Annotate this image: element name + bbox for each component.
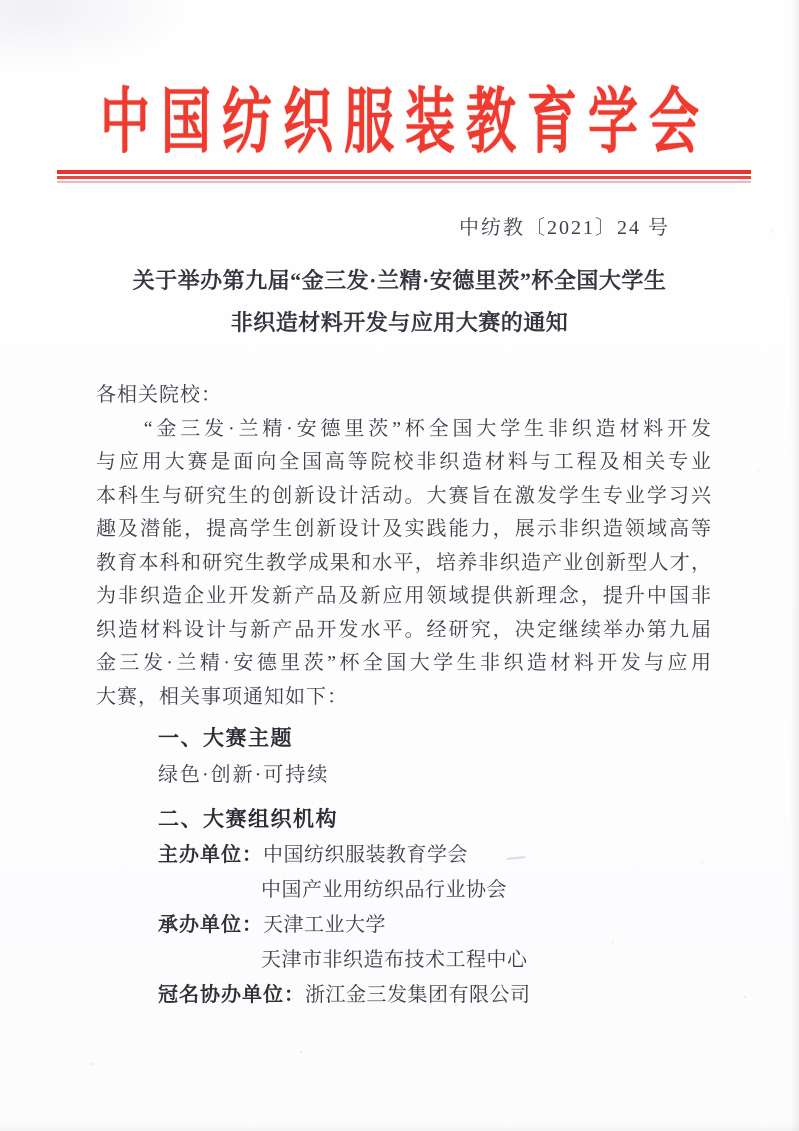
document-number: 中纺教〔2021〕24 号 [459, 215, 670, 241]
org-row-host-2: 中国产业用纺织品行业协会 [158, 878, 718, 902]
body-line: 趣及潜能，提高学生创新设计及实践能力，展示非织造领域高等 [96, 513, 712, 547]
org-label: 主办单位： [158, 844, 263, 866]
theme-text: 绿色·创新·可持续 [158, 763, 329, 787]
section-heading-organization: 二、大赛组织机构 [158, 808, 338, 832]
org-label: 承办单位： [158, 914, 263, 936]
letterhead-org-title: 中国纺织服装教育学会 [0, 87, 799, 158]
letterhead-rule [57, 170, 751, 183]
body-line: 大赛，相关事项通知如下： [96, 681, 712, 715]
page-edge-shadow-right [790, 0, 799, 1131]
body-line: 金三发·兰精·安德里茨”杯全国大学生非织造材料开发与应用 [96, 647, 712, 681]
org-value: 天津市非织造布技术工程中心 [261, 949, 528, 971]
body-line: 为非织造企业开发新产品及新应用领域提供新理念，提升中国非 [96, 580, 712, 614]
rule-thin-line [57, 176, 751, 179]
org-value: 中国产业用纺织品行业协会 [261, 879, 507, 901]
scan-smudge [0, 0, 190, 70]
document-page: 中国纺织服装教育学会 中纺教〔2021〕24 号 关于举办第九届“金三发·兰精·… [0, 0, 799, 1131]
org-value: 中国纺织服装教育学会 [263, 844, 468, 866]
notice-title-line1: 关于举办第九届“金三发·兰精·安德里茨”杯全国大学生 [0, 260, 799, 302]
section-heading-theme: 一、大赛主题 [158, 727, 293, 751]
body-line: 教育本科和研究生教学成果和水平，培养非织造产业创新型人才， [96, 547, 712, 581]
org-label: 冠名协办单位： [158, 984, 305, 1006]
org-value: 天津工业大学 [263, 914, 386, 936]
body-line: “金三发·兰精·安德里茨”杯全国大学生非织造材料开发 [96, 413, 712, 447]
scan-noise-specks [0, 0, 2, 2]
organization-list: 主办单位：中国纺织服装教育学会 中国产业用纺织品行业协会 承办单位：天津工业大学… [158, 843, 718, 1018]
notice-title: 关于举办第九届“金三发·兰精·安德里茨”杯全国大学生 非织造材料开发与应用大赛的… [0, 260, 799, 344]
org-row-title-sponsor: 冠名协办单位：浙江金三发集团有限公司 [158, 983, 718, 1007]
org-row-undertaker-2: 天津市非织造布技术工程中心 [158, 948, 718, 972]
org-value: 浙江金三发集团有限公司 [305, 984, 531, 1006]
body-line: 与应用大赛是面向全国高等院校非织造材料与工程及相关专业 [96, 446, 712, 480]
org-row-undertaker: 承办单位：天津工业大学 [158, 913, 718, 937]
salutation: 各相关院校： [96, 379, 712, 413]
body-line: 织造材料设计与新产品开发水平。经研究，决定继续举办第九届 [96, 614, 712, 648]
org-row-host: 主办单位：中国纺织服装教育学会 [158, 843, 718, 867]
notice-title-line2: 非织造材料开发与应用大赛的通知 [0, 302, 799, 344]
page-edge-shadow-bottom [0, 1123, 799, 1131]
body-line: 本科生与研究生的创新设计活动。大赛旨在激发学生专业学习兴 [96, 480, 712, 514]
rule-pink-line [57, 181, 751, 183]
notice-body: 各相关院校： “金三发·兰精·安德里茨”杯全国大学生非织造材料开发 与应用大赛是… [96, 379, 712, 714]
